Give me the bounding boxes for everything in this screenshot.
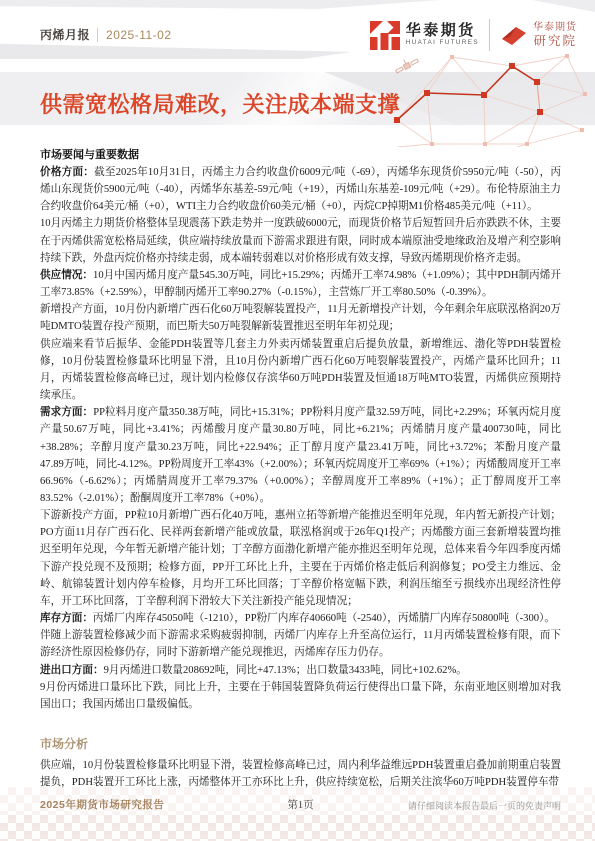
- paragraph-text: 供应端来看节后振华、金能PDH装置等几套主力外卖丙烯装置重启后提负放量，新增维远…: [40, 339, 561, 401]
- brand-area: 华泰期货 HUATAI FUTURES 华泰期货 研究院: [370, 19, 577, 51]
- paragraph-label: 供应情况：: [40, 270, 93, 281]
- paragraph-text: 10月中国丙烯月度产量545.30万吨，同比+15.29%；丙烯开工率74.98…: [40, 270, 561, 298]
- footer: 2025年期货市场研究报告 第1页 请仔细阅读本报告最后一页的免责声明: [40, 797, 561, 811]
- paragraph-label: 需求方面：: [40, 407, 93, 418]
- huatai-futures-logo-icon: [370, 20, 400, 50]
- paragraph-label: 价格方面：: [40, 167, 94, 178]
- logo-divider: [489, 19, 490, 51]
- header-gray-wedge: [0, 42, 352, 59]
- brand-name-cn: 华泰期货: [406, 23, 479, 39]
- network-constellation-graphic: [377, 52, 595, 147]
- paragraph-label: 库存方面：: [40, 613, 93, 624]
- report-paragraph: 9月份丙烯进口量环比下跌，同比上升，主要在于韩国装置降负荷运行使得出口量下降，东…: [40, 679, 561, 713]
- paragraph-text: 伴随上游装置检修减少而下游需求采购疲弱抑制，丙烯厂内库存上升至高位运行，11月丙…: [40, 630, 561, 658]
- footer-page-number: 第1页: [287, 797, 313, 812]
- report-paragraph: 供应端来看节后振华、金能PDH装置等几套主力外卖丙烯装置重启后提负放量，新增维远…: [40, 336, 561, 405]
- doc-meta: 丙烯月报 2025-11-02: [40, 26, 172, 43]
- top-right-gray-corner: [505, 0, 595, 12]
- brand-name-en: HUATAI FUTURES: [406, 39, 479, 47]
- report-paragraph: 库存方面：丙烯厂内库存45050吨（-1210），PP粉厂内库存40660吨（-…: [40, 610, 561, 627]
- report-page: 丙烯月报 2025-11-02 华泰期货 HUATAI FUTURES 华泰期货…: [0, 0, 595, 841]
- institute-logo: 华泰期货 研究院: [500, 22, 577, 48]
- institute-text: 华泰期货 研究院: [533, 22, 577, 48]
- report-paragraph: 新增投产方面，10月份内新增广西石化60万吨裂解装置投产，11月无新增投产计划，…: [40, 301, 561, 335]
- paragraph-text: PP粒料月度产量350.38万吨，同比+15.31%；PP粉料月度产量32.59…: [40, 407, 561, 504]
- report-paragraph: 价格方面：截至2025年10月31日，丙烯主力合约收盘价6009元/吨（-69）…: [40, 164, 561, 215]
- footer-disclaimer-note: 请仔细阅读本报告最后一页的免责声明: [408, 799, 561, 812]
- doc-date: 2025-11-02: [97, 28, 172, 42]
- report-paragraph: 伴随上游装置检修减少而下游需求采购疲弱抑制，丙烯厂内库存上升至高位运行，11月丙…: [40, 627, 561, 661]
- report-paragraph: 进出口方面：9月丙烯进口数量208692吨，同比+47.13%；出口数量3433…: [40, 662, 561, 679]
- institute-logo-icon: [500, 23, 528, 47]
- report-paragraph: 10月丙烯主力期货价格整体呈现震荡下跌走势并一度跌破6000元，而现货价格节后短…: [40, 215, 561, 266]
- paragraph-text: 下游新投产方面，PP粒10月新增广西石化40万吨，惠州立拓等新增产能推迟至明年兑…: [40, 510, 561, 607]
- doc-type-label: 丙烯月报: [40, 26, 90, 43]
- paragraph-text: 新增投产方面，10月份内新增广西石化60万吨裂解装置投产，11月无新增投产计划，…: [40, 304, 561, 332]
- paragraph-text: 丙烯厂内库存45050吨（-1210），PP粉厂内库存40660吨（-2540）…: [93, 613, 555, 624]
- institute-name-line1: 华泰期货: [533, 22, 577, 34]
- market-analysis-section: 市场分析 供应端，10月份装置检修量环比明显下滑，装置检修高峰已过，周内利华益维…: [40, 735, 561, 791]
- footer-diamond-pattern-strong: [0, 815, 595, 841]
- paragraph-label: 进出口方面：: [40, 665, 104, 676]
- report-paragraph: 供应情况：10月中国丙烯月度产量545.30万吨，同比+15.29%；丙烯开工率…: [40, 267, 561, 301]
- section-heading-market-analysis: 市场分析: [40, 735, 561, 752]
- paragraph-text: 供应端，10月份装置检修量环比明显下滑，装置检修高峰已过，周内利华益维远PDH装…: [40, 760, 561, 788]
- paragraph-text: 9月份丙烯进口量环比下跌，同比上升，主要在于韩国装置降负荷运行使得出口量下降，东…: [40, 682, 561, 710]
- report-paragraph: 下游新投产方面，PP粒10月新增广西石化40万吨，惠州立拓等新增产能推迟至明年兑…: [40, 507, 561, 610]
- market-news-section: 市场要闻与重要数据 价格方面：截至2025年10月31日，丙烯主力合约收盘价60…: [40, 146, 561, 713]
- section-heading-market-news: 市场要闻与重要数据: [40, 146, 561, 164]
- paragraph-text: 截至2025年10月31日，丙烯主力合约收盘价6009元/吨（-69），丙烯华东…: [40, 167, 561, 212]
- paragraph-text: 9月丙烯进口数量208692吨，同比+47.13%；出口数量3433吨，同比+1…: [104, 665, 467, 676]
- paragraph-text: 10月丙烯主力期货价格整体呈现震荡下跌走势并一度跌破6000元，而现货价格节后短…: [40, 218, 561, 263]
- footer-report-series: 2025年期货市场研究报告: [40, 797, 164, 812]
- report-paragraph: 需求方面：PP粒料月度产量350.38万吨，同比+15.31%；PP粉料月度产量…: [40, 404, 561, 507]
- page-title: 供需宽松格局难改，关注成本端支撑: [40, 88, 400, 119]
- top-gray-band: [0, 0, 440, 9]
- satellite-icon: [393, 54, 419, 74]
- institute-name-line2: 研究院: [533, 34, 577, 48]
- brand-text: 华泰期货 HUATAI FUTURES: [406, 23, 479, 47]
